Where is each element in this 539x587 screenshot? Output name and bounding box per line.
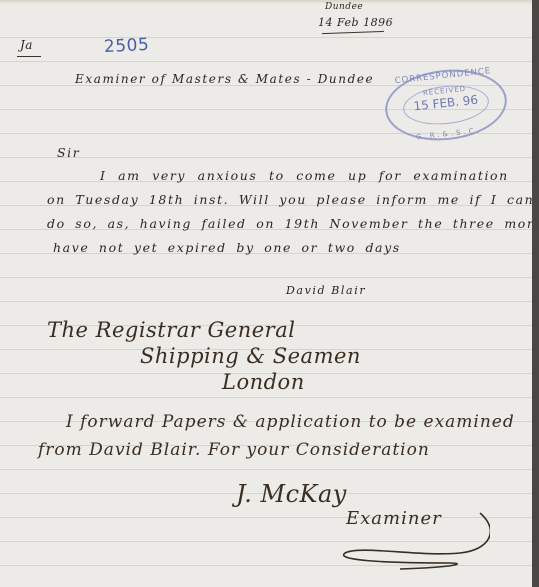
endorsement-signatory: J. McKay (236, 480, 347, 508)
recipient-line: The Registrar General (47, 318, 295, 342)
recipient-line: London (222, 370, 305, 394)
date-underline (322, 31, 384, 34)
received-stamp: CORRESPONDENCE RECEIVED 15 FEB. 96 G.R.&… (382, 64, 511, 146)
salutation: Sir (57, 145, 80, 160)
header-place: Dundee (325, 2, 363, 12)
body-line: have not yet expired by one or two days (53, 240, 401, 255)
signature-flourish (340, 505, 490, 575)
forward-line: from David Blair. For your Consideration (38, 440, 430, 460)
body-line: on Tuesday 18th inst. Will you please in… (47, 192, 534, 207)
forward-line: I forward Papers & application to be exa… (66, 412, 515, 432)
folio-underline (17, 56, 41, 57)
letter-signature: David Blair (286, 284, 366, 297)
letter-page: Dundee 14 Feb 1896 Ja 2505 CORRESPONDENC… (0, 0, 532, 587)
body-line: I am very anxious to come up for examina… (100, 168, 509, 183)
folio-mark: Ja (20, 38, 33, 52)
page-top-edge (0, 0, 539, 4)
addressee: Examiner of Masters & Mates - Dundee (75, 72, 374, 86)
recipient-line: Shipping & Seamen (140, 344, 361, 368)
header-date: 14 Feb 1896 (318, 16, 393, 29)
body-line: do so, as, having failed on 19th Novembe… (47, 216, 539, 231)
page-edge-shadow (532, 0, 539, 587)
stamp-office: G.R.&.S.C. (390, 124, 508, 144)
reference-number: 2505 (104, 35, 150, 57)
